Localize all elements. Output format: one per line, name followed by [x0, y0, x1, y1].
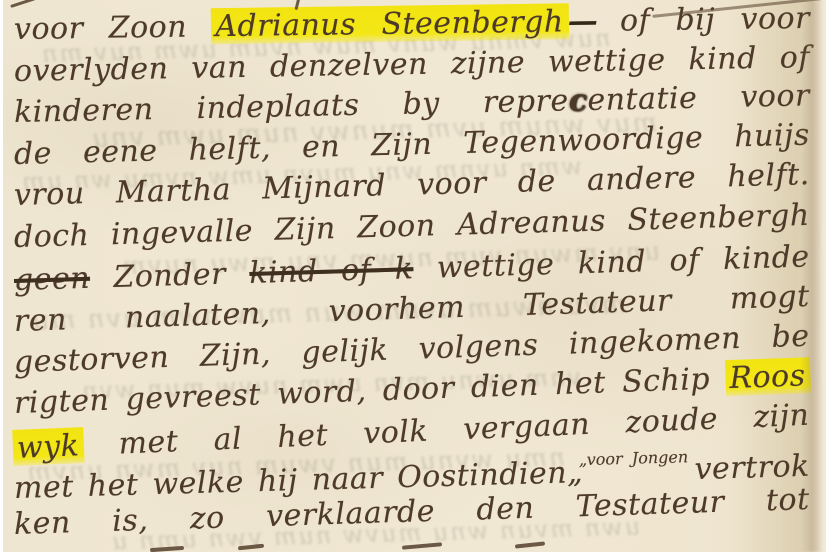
- handwritten-text: entatie voor: [587, 78, 810, 118]
- struck-text: kind of k: [249, 251, 414, 291]
- pen-stroke-dash: —: [567, 4, 594, 39]
- inserted-text: „voor Jongen: [578, 447, 688, 469]
- highlighted-text: Roos: [725, 357, 811, 396]
- manuscript-scan: nuw vmnu wunv muw nvum uwm nuv mnmuv wnu…: [0, 0, 830, 552]
- handwritten-text: kinderen indeplaats by repre: [14, 83, 569, 130]
- struck-text: geen: [13, 261, 90, 298]
- highlighted-text: Adrianus Steenbergh: [211, 3, 569, 44]
- handwritten-text: of bij voor: [594, 1, 810, 39]
- handwritten-text: Zonder: [89, 256, 249, 296]
- handwritten-text: wettige kind of kinde: [413, 239, 810, 286]
- manuscript-line-1: voor Zoon Adrianus Steenbergh— of bij vo…: [14, 3, 810, 46]
- handwritten-text: voor Zoon: [14, 9, 213, 47]
- ink-blot-text: c: [568, 83, 588, 118]
- highlighted-text: wyk: [12, 427, 85, 466]
- handwriting-layer: voor Zoon Adrianus Steenbergh— of bij vo…: [0, 0, 830, 552]
